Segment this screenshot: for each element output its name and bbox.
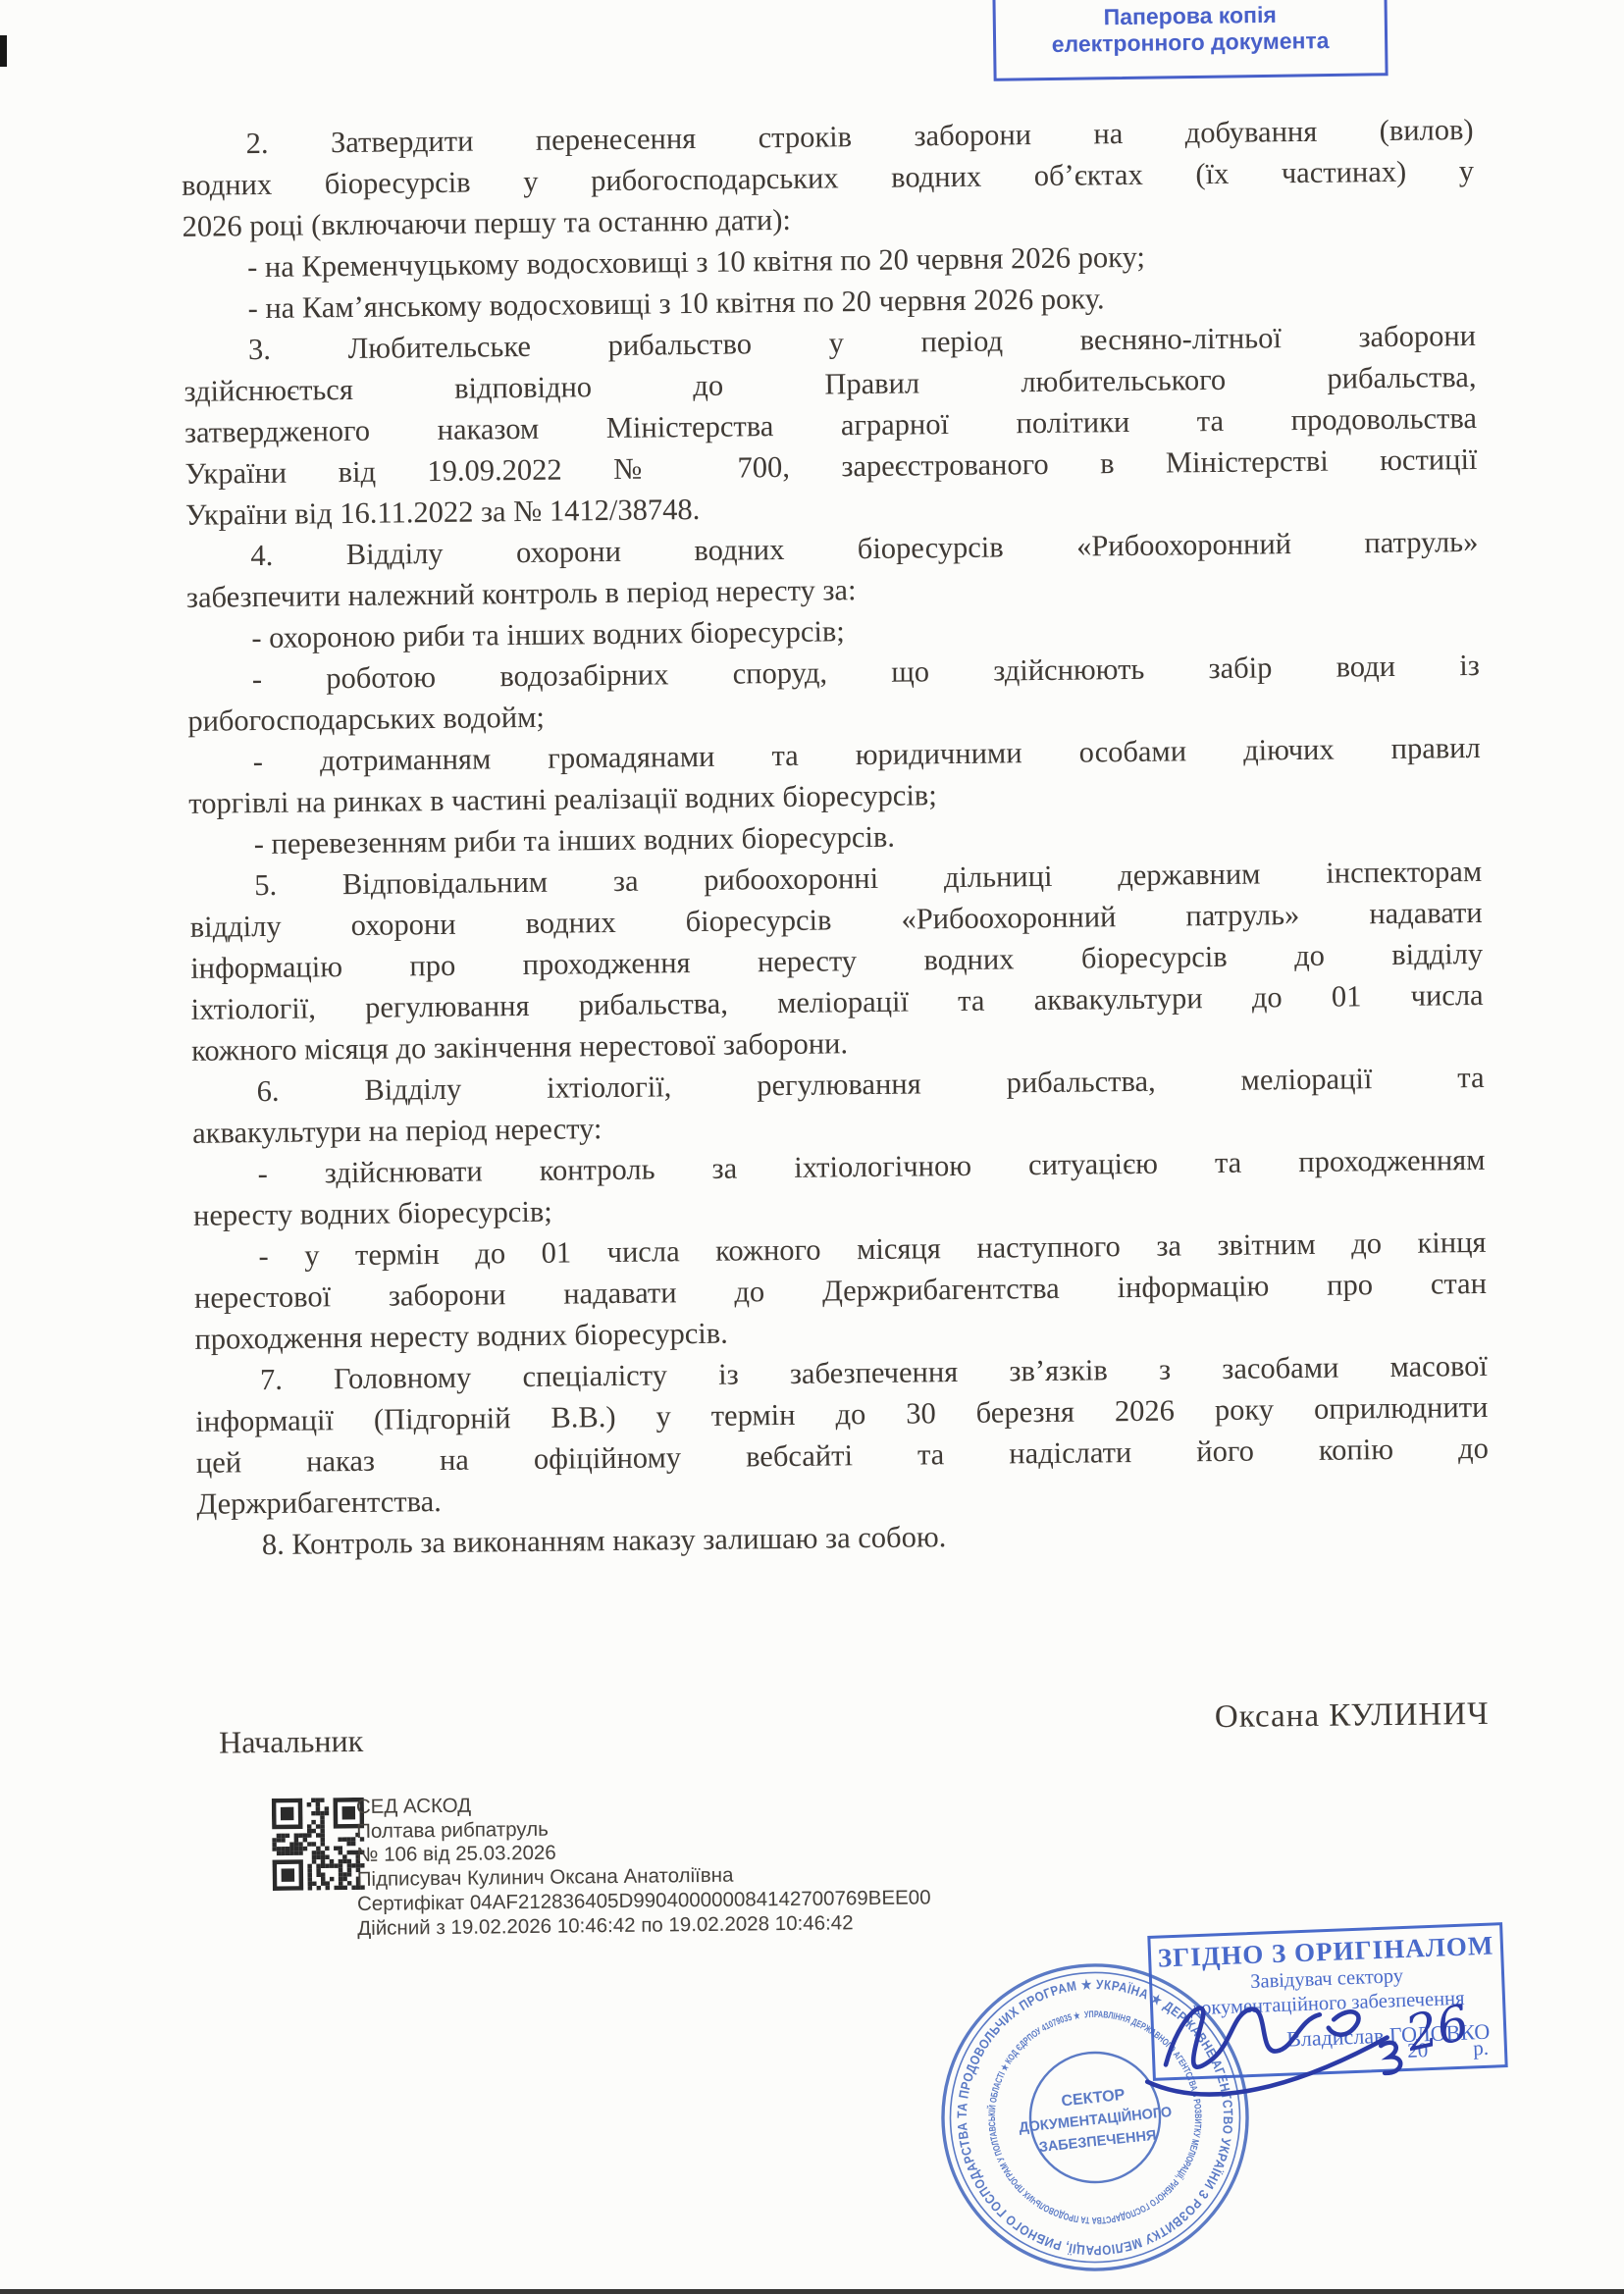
digital-signature-block: СЕД АСКОД Полтава рибпатруль № 106 від 2… [254, 1789, 1139, 1955]
year-suffix: р. [1473, 2036, 1490, 2060]
document-page: Паперова копія електронного документа 2.… [0, 0, 1624, 2294]
signatory-name: Оксана КУЛИНИЧ [1215, 1696, 1490, 1736]
scan-edge-artifact [0, 2289, 1624, 2294]
order-body-text: 2. Затвердити перенесення строків заборо… [181, 109, 1490, 1566]
certificate-info: СЕД АСКОД Полтава рибпатруль № 106 від 2… [356, 1789, 931, 1941]
handwritten-signature [1083, 1953, 1426, 2112]
paper-copy-stamp: Паперова копія електронного документа [992, 0, 1388, 81]
qr-code [272, 1798, 365, 1891]
scan-edge-artifact [0, 35, 7, 67]
signatory-position: Начальник [219, 1723, 363, 1761]
paper-copy-stamp-line2: електронного документа [996, 26, 1385, 59]
